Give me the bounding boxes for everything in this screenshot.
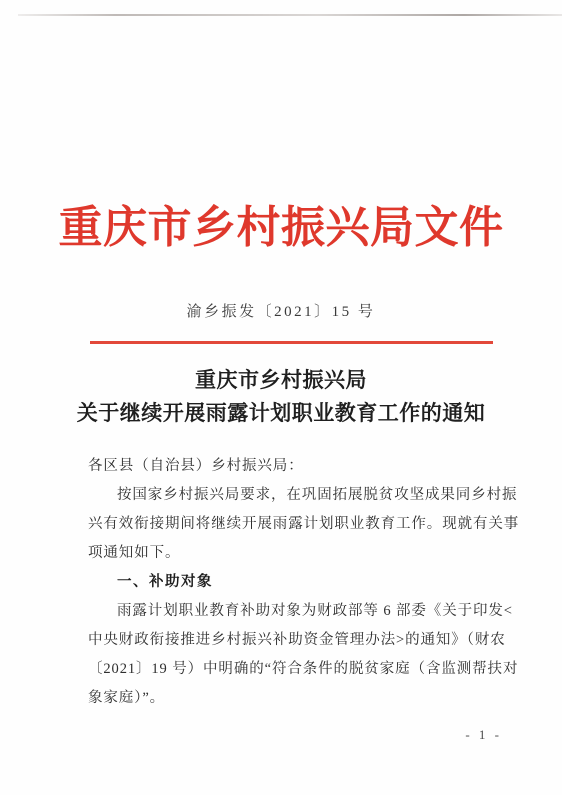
document-title-line2: 关于继续开展雨露计划职业教育工作的通知 [0, 397, 562, 430]
body-line: 中央财政衔接推进乡村振兴补助资金管理办法>的通知》（财农 [88, 626, 496, 655]
body-line: 象家庭）”。 [88, 684, 496, 713]
document-header-title: 重庆市乡村振兴局文件 [0, 196, 562, 260]
scanned-document-page: 重庆市乡村振兴局文件 渝乡振发〔2021〕15 号 重庆市乡村振兴局 关于继续开… [0, 0, 562, 795]
scan-artifact-line [18, 14, 562, 16]
red-divider-rule [90, 341, 493, 344]
body-line: 兴有效衔接期间将继续开展雨露计划职业教育工作。现就有关事 [88, 510, 496, 539]
body-line: 雨露计划职业教育补助对象为财政部等 6 部委《关于印发< [88, 597, 496, 626]
page-number: - 1 - [465, 727, 502, 743]
body-line: 项通知如下。 [88, 539, 496, 568]
body-line: 按国家乡村振兴局要求，在巩固拓展脱贫攻坚成果同乡村振 [88, 481, 496, 510]
document-number: 渝乡振发〔2021〕15 号 [0, 300, 562, 321]
document-title: 重庆市乡村振兴局 关于继续开展雨露计划职业教育工作的通知 [0, 364, 562, 430]
document-body: 各区县（自治县）乡村振兴局： 按国家乡村振兴局要求，在巩固拓展脱贫攻坚成果同乡村… [88, 452, 496, 713]
salutation-line: 各区县（自治县）乡村振兴局： [88, 452, 496, 481]
document-title-line1: 重庆市乡村振兴局 [0, 364, 562, 397]
section-heading: 一、补助对象 [88, 568, 496, 597]
body-line: 〔2021〕19 号）中明确的“符合条件的脱贫家庭（含监测帮扶对 [88, 655, 496, 684]
